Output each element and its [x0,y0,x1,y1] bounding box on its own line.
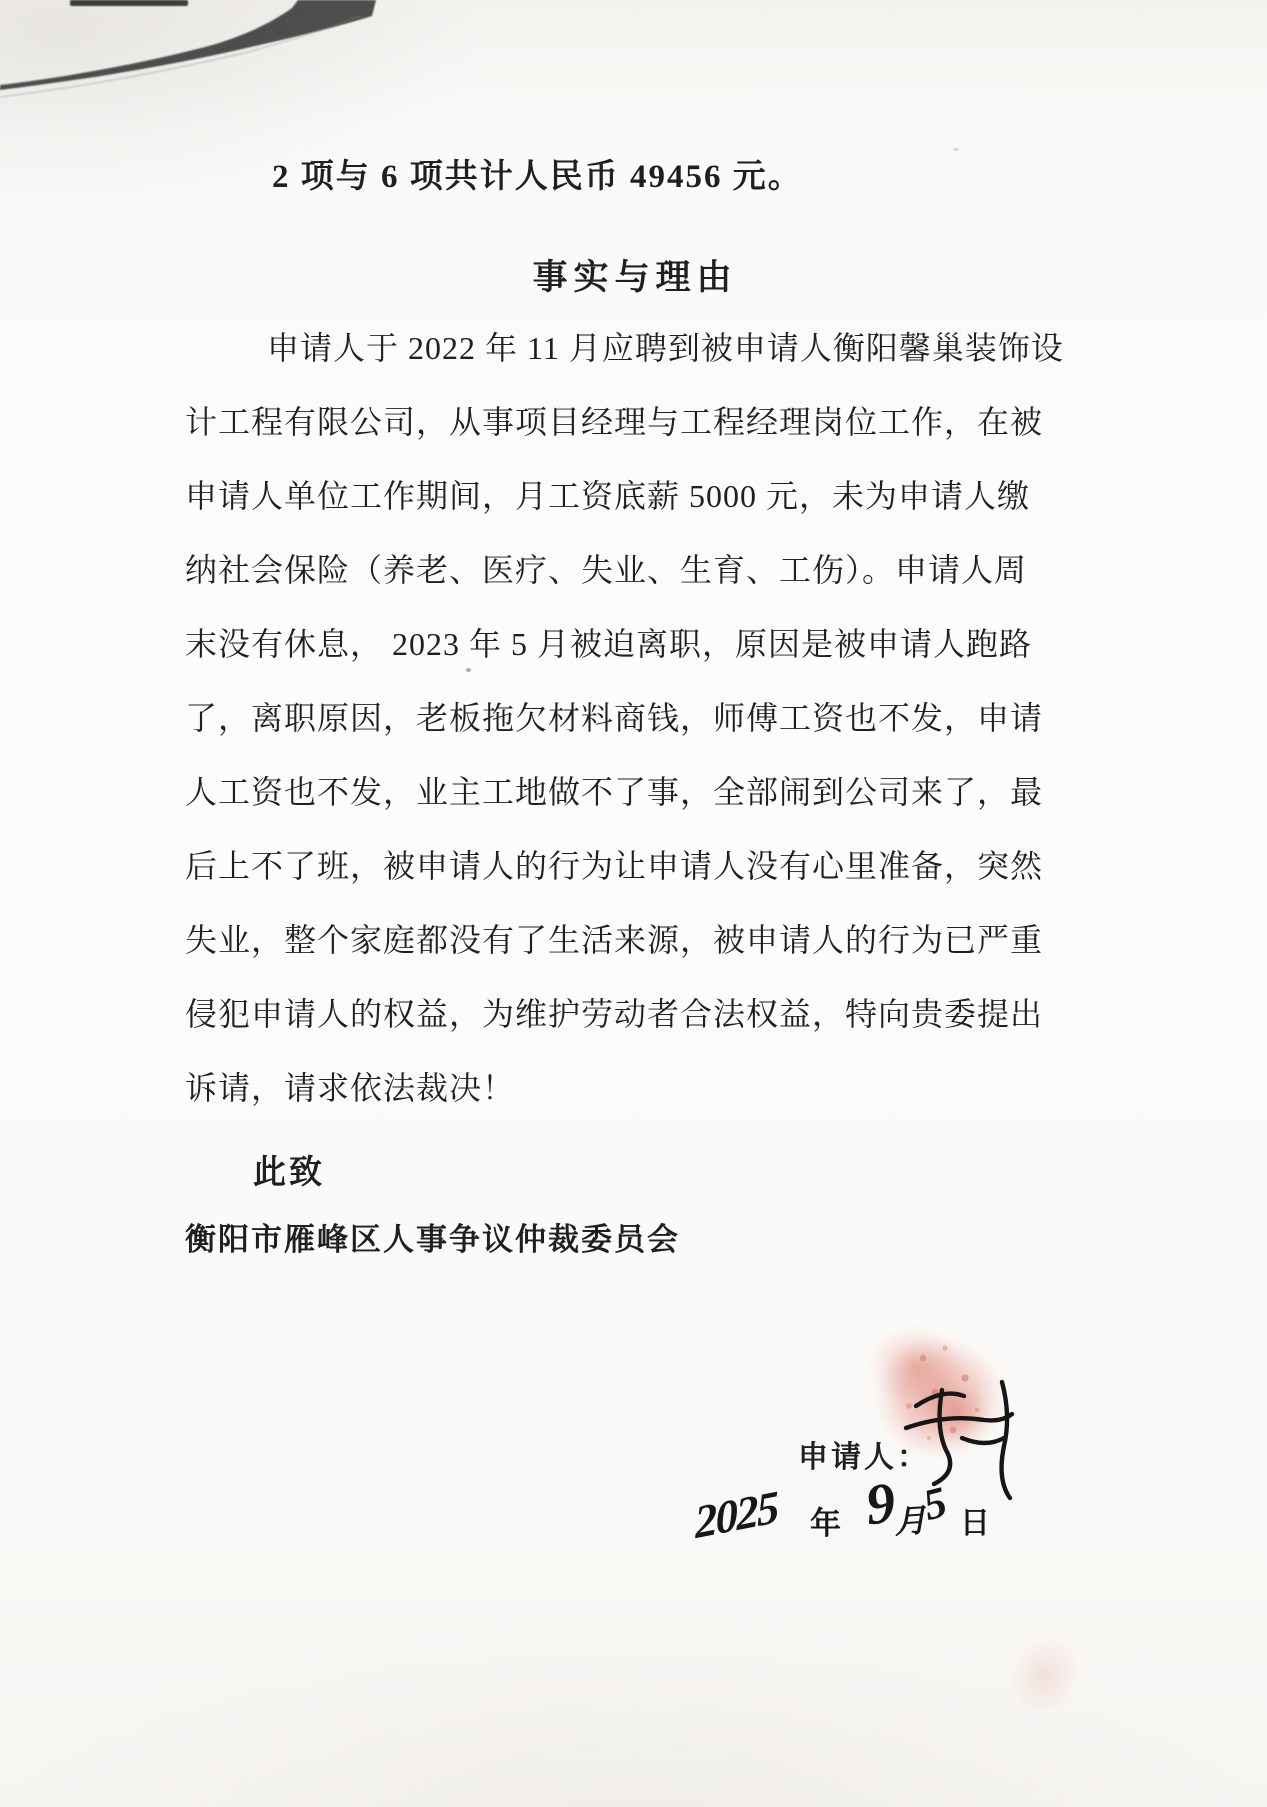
body-line: 后上不了班，被申请人的行为让申请人没有心里准备，突然 [185,829,1100,903]
ink-smudge [981,1606,1109,1744]
scan-speck [466,668,471,672]
body-line: 了，离职原因，老板拖欠材料商钱，师傅工资也不发，申请 [185,681,1100,755]
month-unit: 月 [892,1495,927,1543]
scan-speck [953,148,959,151]
body-line: 失业，整个家庭都没有了生活来源，被申请人的行为已严重 [185,903,1100,977]
closing-salute: 此致 [253,1146,325,1193]
handwritten-year: 2025 [693,1480,778,1549]
body-line: 诉请，请求依法裁决！ [185,1051,1100,1125]
claim-total-line: 2 项与 6 项共计人民币 49456 元。 [272,150,803,197]
body-line: 人工资也不发，业主工地做不了事，全部闹到公司来了，最 [185,755,1100,829]
body-line: 末没有休息， 2023 年 5 月被迫离职，原因是被申请人跑路 [185,607,1100,681]
body-line: 纳社会保险（养老、医疗、失业、生育、工伤）。申请人周 [185,533,1100,607]
year-unit: 年 [810,1498,841,1543]
body-line: 申请人于 2022 年 11 月应聘到被申请人衡阳馨巢装饰设 [185,311,1100,385]
signature-date-line: 2025 年 9 月 5 日 [688,1470,1018,1570]
facts-and-reasons-paragraph: 申请人于 2022 年 11 月应聘到被申请人衡阳馨巢装饰设 计工程有限公司，从… [185,311,1100,1125]
body-line: 计工程有限公司，从事项目经理与工程经理岗位工作，在被 [185,385,1100,459]
scanned-document-page: 2 项与 6 项共计人民币 49456 元。 事实与理由 申请人于 2022 年… [0,0,1267,1807]
body-line: 申请人单位工作期间，月工资底薪 5000 元，未为申请人缴 [185,459,1100,533]
day-unit: 日 [960,1498,990,1542]
section-title: 事实与理由 [185,250,1085,300]
scan-fold-artifact [0,0,430,120]
arbitration-committee-name: 衡阳市雁峰区人事争议仲裁委员会 [185,1214,680,1259]
body-line: 侵犯申请人的权益，为维护劳动者合法权益，特向贵委提出 [185,977,1100,1051]
